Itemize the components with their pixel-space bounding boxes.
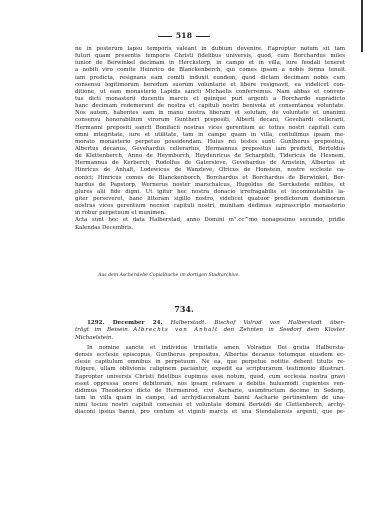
text-line: In nomine sancte et individue trinitatis… bbox=[75, 345, 345, 352]
text-line: fulgere, ullam oblivionis caliginem paci… bbox=[75, 366, 345, 373]
text-line: hanc decimam redemerunt de nostra et cap… bbox=[75, 103, 345, 110]
text-line: morato monasterio perpetuo possidendam. … bbox=[75, 139, 345, 146]
regest-line: Michaelstein. bbox=[75, 335, 345, 342]
text-line: tam in villa quam in campo, ad archydiac… bbox=[75, 395, 345, 402]
text-line: diaconi ipsius banni, pro centum et vigi… bbox=[75, 409, 345, 416]
text-line: clesie capitulum omnibus in perpetuum. N… bbox=[75, 359, 345, 366]
text-line: Kalendas Decembris. bbox=[75, 225, 345, 232]
regest-text: Michaelstein. bbox=[75, 335, 113, 341]
text-line: futuri quam presentis temporis Christi f… bbox=[75, 53, 345, 60]
page-number: 518 bbox=[0, 31, 368, 40]
continuation-text: ne in posterum lapsu temporis valeant in… bbox=[75, 46, 345, 232]
text-line: Albertus decanus, Gevehardus cellerarius… bbox=[75, 146, 345, 153]
text-line: a nobili viro comite Heinrico de Blancke… bbox=[75, 67, 345, 74]
document-body: In nomine sancte et individue trinitatis… bbox=[75, 345, 345, 416]
text-line: nostras vices gerentium necnon capituli … bbox=[75, 203, 345, 210]
text-line: Hermanni prepositi sancti Bonifacii nost… bbox=[75, 125, 345, 132]
text-line: ne in posterum lapsu temporis valeant in… bbox=[75, 46, 345, 53]
regest: 1292. December 24. Halberstadt. Bischof … bbox=[75, 320, 345, 342]
dash-left bbox=[158, 36, 172, 37]
text-line: hardus de Papstorp, Wernerus noster mars… bbox=[75, 182, 345, 189]
text-line: plures alii fide digni. Ut igitur hec no… bbox=[75, 189, 345, 196]
page-number-text: 518 bbox=[176, 31, 192, 40]
text-line: Nos autem, habentes eam in manu nostra l… bbox=[75, 110, 345, 117]
page-edge-mark bbox=[361, 0, 363, 52]
source-note: Aus dem Ascherslebe Copialbuche im dorti… bbox=[98, 273, 240, 278]
regest-person: Albrechts von Anhalt bbox=[133, 327, 218, 333]
regest-text: den Zehnten in Seedorf dem Kloster bbox=[224, 327, 345, 333]
regest-line: 1292. December 24. Halberstadt. Bischof … bbox=[75, 320, 345, 327]
regest-text: trägt im Beisein bbox=[75, 327, 128, 333]
text-line: in robur perpetuum et munimen. bbox=[75, 210, 345, 217]
text-line: densis ecclesie episcopus, Guntherus pre… bbox=[75, 352, 345, 359]
text-line: Hinricus de Anhalt, Lodewicus de Wanzlev… bbox=[75, 167, 345, 174]
regest-date: 1292. December 24. bbox=[87, 320, 163, 326]
text-line: ditione, ut eam monasterio Lapidis sanct… bbox=[75, 89, 345, 96]
text-line: omni integritate, iure et utilitate, tam… bbox=[75, 132, 345, 139]
text-line: consensu legitimorum heredum suorum volu… bbox=[75, 82, 345, 89]
text-line: Acta sunt hec et data Halberstad, anno D… bbox=[75, 217, 345, 224]
text-line: nonici; Hinricus comes de Blanckenborch,… bbox=[75, 175, 345, 182]
text-line: Eapropter universis Christi fidelibus cu… bbox=[75, 374, 345, 381]
text-line: didimus Theoderico dicto de Hermenrod, c… bbox=[75, 388, 345, 395]
text-line: tus dicti monasterii ducentis marcis et … bbox=[75, 96, 345, 103]
text-line: esset oppressa onere debitorum, nos ipsa… bbox=[75, 381, 345, 388]
text-line: consensu honorabilium virorum Guntheri p… bbox=[75, 117, 345, 124]
text-line: giter perseveret, hanc litteram sigillo … bbox=[75, 196, 345, 203]
text-line: iam predicta, resignans eam comiti indux… bbox=[75, 75, 345, 82]
regest-place: Halberstadt. bbox=[171, 320, 207, 326]
text-line: de Klettenberch, Anno de Heymborch, Heyd… bbox=[75, 153, 345, 160]
regest-line: trägt im Beisein Albrechts von Anhalt de… bbox=[75, 327, 345, 334]
document-number: 734. bbox=[0, 304, 368, 314]
text-line: iunior de Berwinkel decimam in Herckstor… bbox=[75, 60, 345, 67]
text-line: Hermannus de Kerberch, Rodolfus de Gater… bbox=[75, 160, 345, 167]
text-line: nimi tocius nostri capituli consensu et … bbox=[75, 402, 345, 409]
regest-text: Bischof Volrad von Halberstadt über- bbox=[214, 320, 345, 326]
dash-right bbox=[196, 36, 210, 37]
